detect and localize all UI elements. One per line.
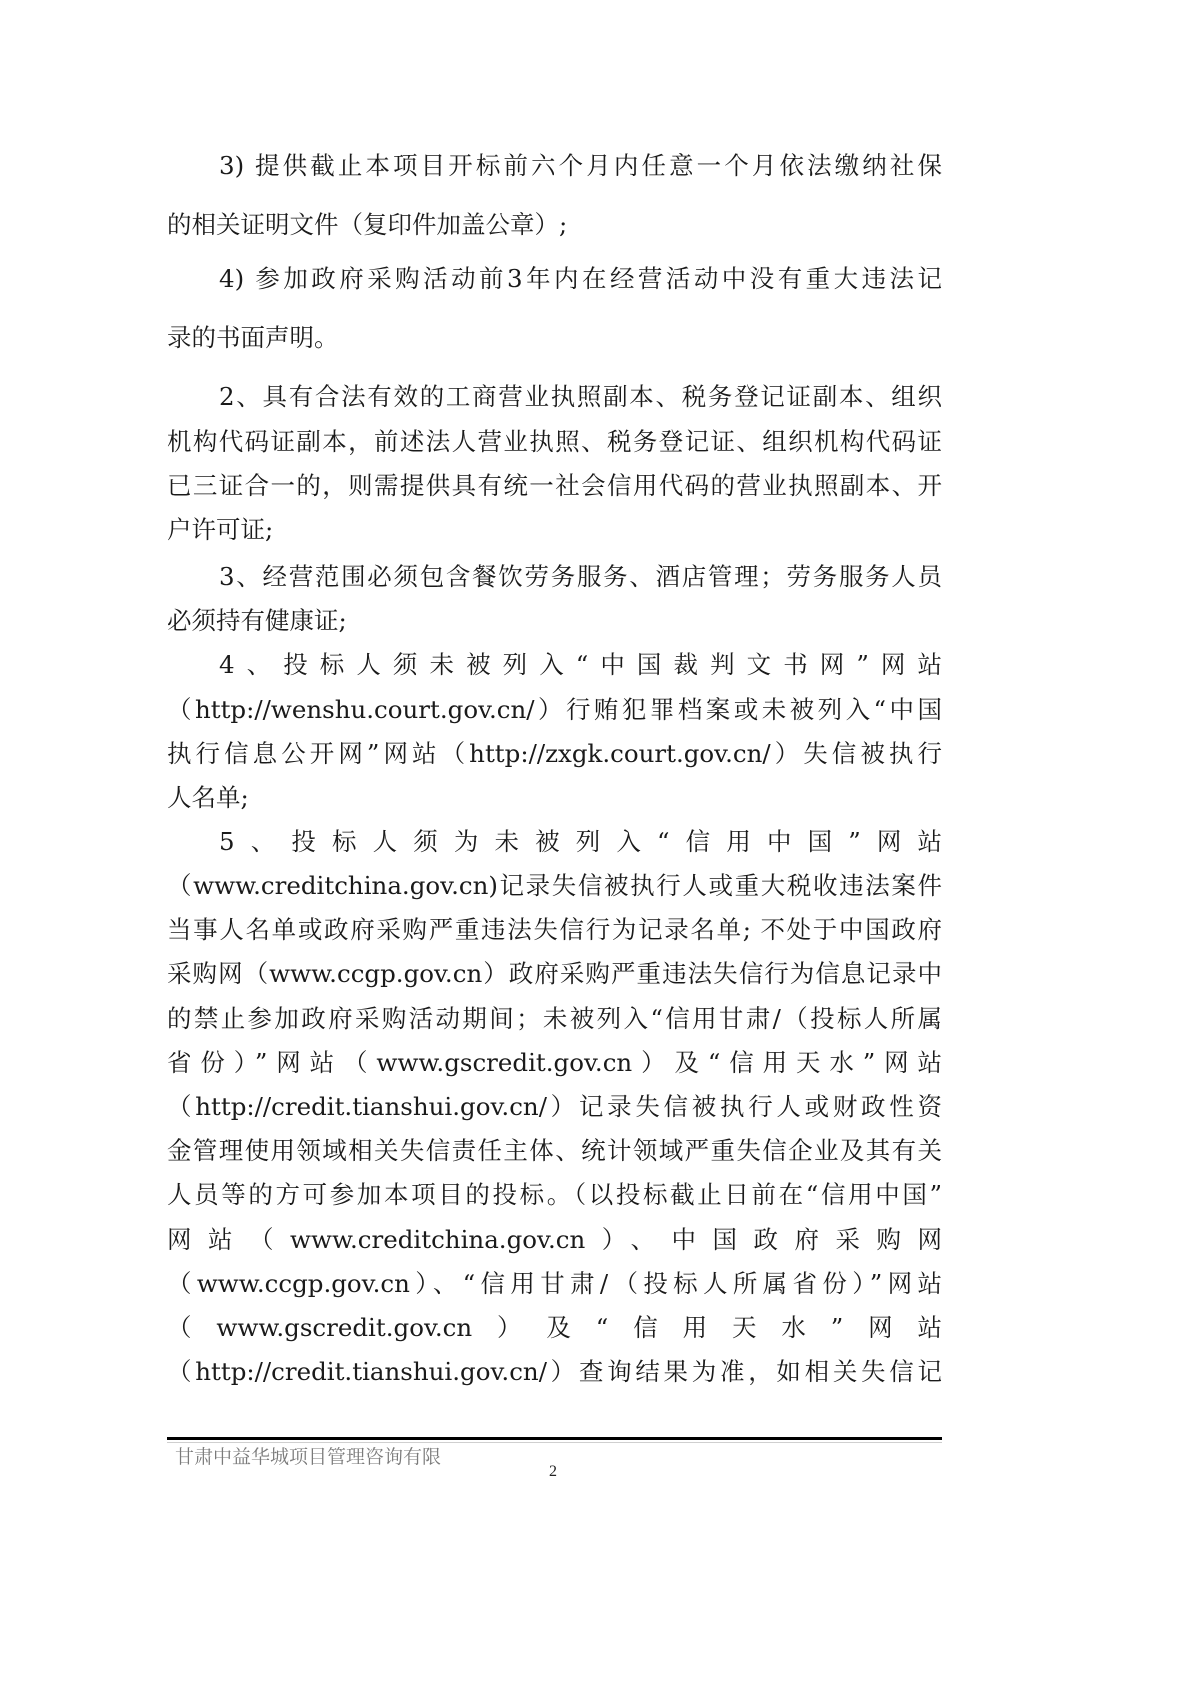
text-line: （www.gscredit.gov.cn）及“信用天水”网站	[167, 1306, 942, 1350]
text-line: 4、投标人须未被列入“中国裁判文书网”网站	[167, 643, 942, 687]
text-line: 3) 提供截止本项目开标前六个月内任意一个月依法缴纳社保	[167, 144, 942, 188]
text-line: （http://credit.tianshui.gov.cn/）记录失信被执行人…	[167, 1085, 942, 1129]
text-line: 已三证合一的，则需提供具有统一社会信用代码的营业执照副本、开	[167, 464, 942, 508]
text-line: （http://credit.tianshui.gov.cn/）查询结果为准，如…	[167, 1350, 942, 1394]
footer-company-name: 甘肃中益华城项目管理咨询有限	[175, 1444, 441, 1470]
text-line: （www.ccgp.gov.cn）、“信用甘肃/（投标人所属省份）”网站	[167, 1262, 942, 1306]
footer-divider-thin	[167, 1442, 942, 1443]
text-line: 录的书面声明。	[167, 316, 942, 360]
text-line: 省份）”网站（www.gscredit.gov.cn）及“信用天水”网站	[167, 1041, 942, 1085]
text-line: 的相关证明文件（复印件加盖公章）;	[167, 203, 942, 247]
page-number: 2	[549, 1462, 557, 1482]
text-line: 人名单;	[167, 776, 942, 820]
text-line: 金管理使用领域相关失信责任主体、统计领域严重失信企业及其有关	[167, 1129, 942, 1173]
text-line: 户许可证;	[167, 508, 942, 552]
text-line: 人员等的方可参加本项目的投标。（以投标截止日前在“信用中国”	[167, 1173, 942, 1217]
text-line: 2、具有合法有效的工商营业执照副本、税务登记证副本、组织	[167, 375, 942, 419]
text-line: （www.creditchina.gov.cn)记录失信被执行人或重大税收违法案…	[167, 864, 942, 908]
text-line: 5、投标人须为未被列入“信用中国”网站	[167, 820, 942, 864]
text-line: 当事人名单或政府采购严重违法失信行为记录名单; 不处于中国政府	[167, 908, 942, 952]
document-page: 3) 提供截止本项目开标前六个月内任意一个月依法缴纳社保的相关证明文件（复印件加…	[0, 0, 1191, 1684]
text-line: 的禁止参加政府采购活动期间；未被列入“信用甘肃/（投标人所属	[167, 997, 942, 1041]
footer-divider	[167, 1437, 942, 1440]
text-line: 3、经营范围必须包含餐饮劳务服务、酒店管理；劳务服务人员	[167, 555, 942, 599]
text-line: 网站（www.creditchina.gov.cn）、中国政府采购网	[167, 1218, 942, 1262]
text-line: 机构代码证副本，前述法人营业执照、税务登记证、组织机构代码证	[167, 420, 942, 464]
text-line: 4) 参加政府采购活动前3年内在经营活动中没有重大违法记	[167, 257, 942, 301]
text-line: 采购网（www.ccgp.gov.cn）政府采购严重违法失信行为信息记录中	[167, 952, 942, 996]
text-line: 执行信息公开网”网站（http://zxgk.court.gov.cn/）失信被…	[167, 732, 942, 776]
text-line: 必须持有健康证;	[167, 599, 942, 643]
text-line: （http://wenshu.court.gov.cn/）行贿犯罪档案或未被列入…	[167, 688, 942, 732]
